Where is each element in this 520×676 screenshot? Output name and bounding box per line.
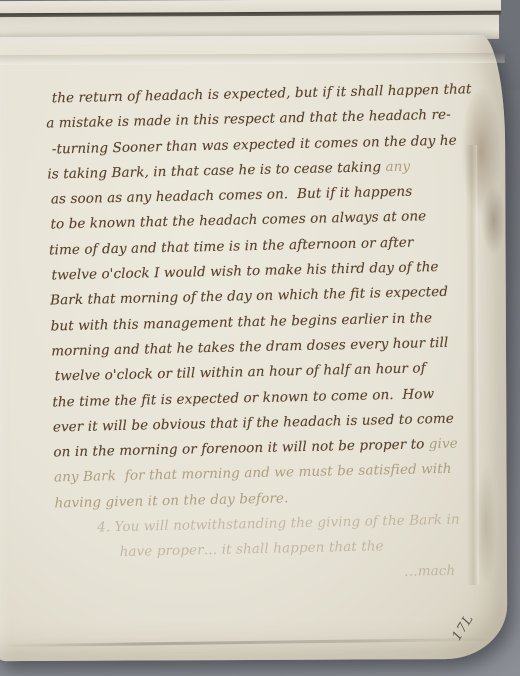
manuscript-text-segment: any <box>385 158 410 175</box>
manuscript-text-segment: is taking Bark, in that case he is to ce… <box>47 159 385 182</box>
manuscript-text-segment: the return of headach is expected, but i… <box>52 81 472 106</box>
manuscript-text-segment: give <box>429 436 458 453</box>
ink-stain <box>481 185 505 255</box>
manuscript-text-segment: a mistake is made in this respect and th… <box>46 107 451 132</box>
manuscript-text-segment: any Bark for that morning and we must be… <box>54 461 452 486</box>
manuscript-text-segment: twelve o'clock or till within an hour of… <box>55 361 426 385</box>
manuscript-text-segment: have proper… it shall happen that the <box>119 539 383 561</box>
manuscript-text-segment: on in the morning or forenoon it will no… <box>53 436 429 460</box>
manuscript-text-segment: 4. You will notwithstanding the giving o… <box>97 512 460 536</box>
manuscript-page: the return of headach is expected, but i… <box>0 35 507 661</box>
manuscript-text-segment: ever it will be obvious that if the head… <box>53 411 454 436</box>
backing-background: the return of headach is expected, but i… <box>0 0 520 676</box>
manuscript-line: …mach <box>404 558 471 585</box>
manuscript-text-segment: as soon as any headach comes on. But if … <box>51 184 413 208</box>
manuscript-text: the return of headach is expected, but i… <box>45 78 470 593</box>
manuscript-text-segment: Bark that morning of the day on which th… <box>50 284 448 309</box>
manuscript-text-segment: …mach <box>404 562 455 579</box>
manuscript-text-segment: the time the fit is expected or known to… <box>52 386 434 410</box>
crease-bottom <box>1 638 493 647</box>
manuscript-text-segment: but with this management that he begins … <box>51 310 433 334</box>
manuscript-text-segment: twelve o'clock I would wish to make his … <box>51 259 438 283</box>
crease-top <box>0 53 505 65</box>
manuscript-text-segment: to be known that the headach comes on al… <box>50 209 426 233</box>
manuscript-text-segment: having given it on the day before. <box>54 490 288 511</box>
manuscript-text-segment: time of day and that time is in the afte… <box>49 234 414 258</box>
manuscript-text-segment: -turning Sooner than was expected it com… <box>52 132 457 157</box>
manuscript-text-segment: morning and that he takes the dram doses… <box>51 335 448 360</box>
